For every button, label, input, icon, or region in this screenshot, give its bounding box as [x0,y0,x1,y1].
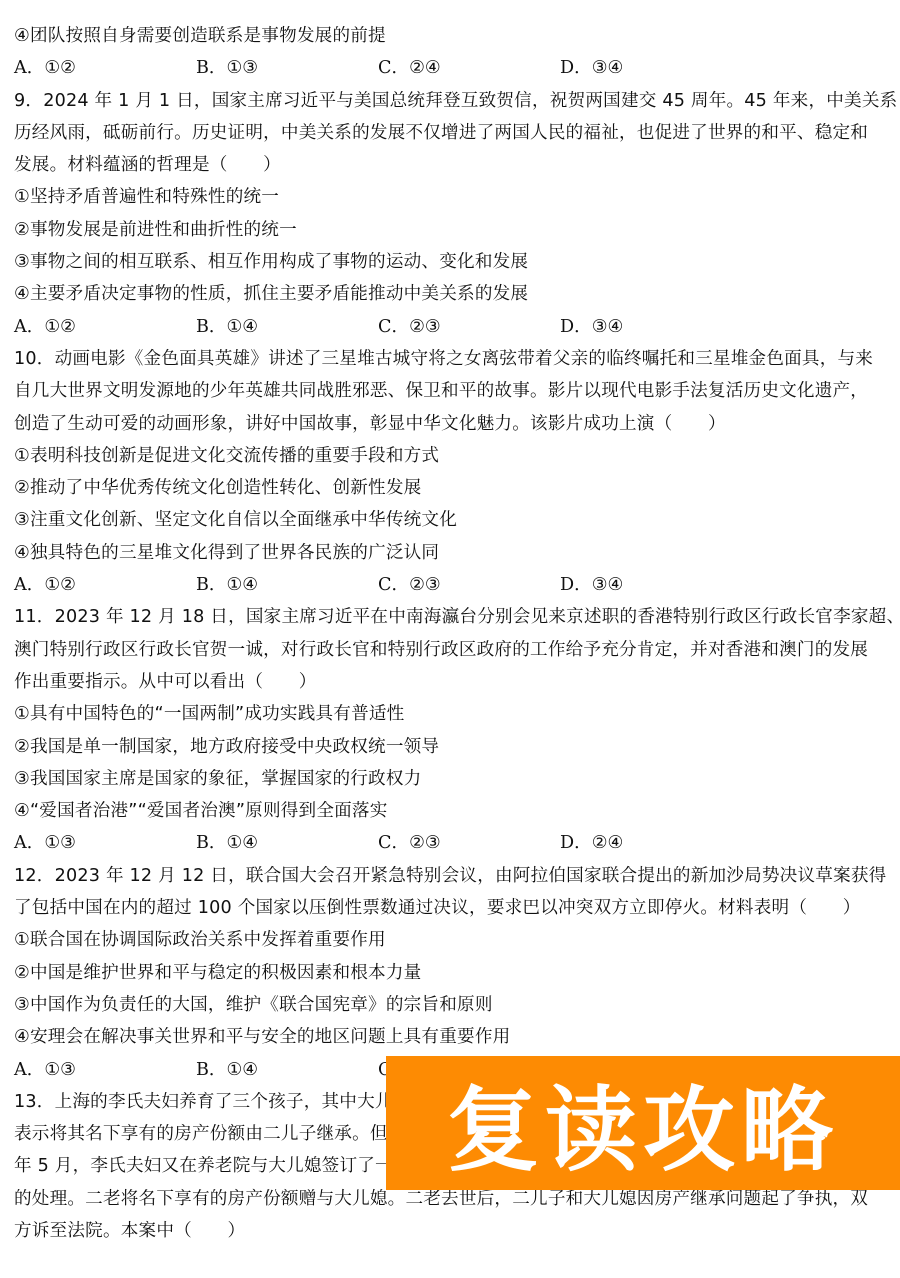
statement: ③我国国家主席是国家的象征，掌握国家的行政权力 [14,763,890,795]
question-stem: 11．2023 年 12 月 18 日，国家主席习近平在中南海瀛台分别会见来京述… [14,601,890,633]
question-stem: 了包括中国在内的超过 100 个国家以压倒性票数通过决议，要求巴以冲突双方立即停… [14,892,890,924]
option-b: B．①④ [196,569,378,601]
option-c: C．②③ [378,311,560,343]
watermark-banner: 复读攻略 [386,1056,900,1190]
option-a: A．①③ [14,1054,196,1086]
question-12: 12．2023 年 12 月 12 日，联合国大会召开紧急特别会议，由阿拉伯国家… [14,860,890,1086]
option-b: B．①④ [196,827,378,859]
statement: ④主要矛盾决定事物的性质，抓住主要矛盾能推动中美关系的发展 [14,278,890,310]
option-d: D．③④ [560,52,742,84]
statement: ②事物发展是前进性和曲折性的统一 [14,214,890,246]
option-d: D．②④ [560,827,742,859]
statement: ①表明科技创新是促进文化交流传播的重要手段和方式 [14,440,890,472]
answer-options: A．①② B．①④ C．②③ D．③④ [14,311,890,343]
question-9: 9．2024 年 1 月 1 日，国家主席习近平与美国总统拜登互致贺信，祝贺两国… [14,85,890,343]
option-d: D．③④ [560,569,742,601]
statement: ②中国是维护世界和平与稳定的积极因素和根本力量 [14,957,890,989]
question-11: 11．2023 年 12 月 18 日，国家主席习近平在中南海瀛台分别会见来京述… [14,601,890,859]
question-stem: 12．2023 年 12 月 12 日，联合国大会召开紧急特别会议，由阿拉伯国家… [14,860,890,892]
statement: ④团队按照自身需要创造联系是事物发展的前提 [14,20,890,52]
option-c: C．②④ [378,52,560,84]
option-b: B．①③ [196,52,378,84]
statement: ③注重文化创新、坚定文化自信以全面继承中华传统文化 [14,504,890,536]
answer-options: A．①③ B．①④ C．②③ D．②④ [14,827,890,859]
question-stem: 作出重要指示。从中可以看出（ ） [14,666,890,698]
option-a: A．①② [14,569,196,601]
question-10: 10．动画电影《金色面具英雄》讲述了三星堆古城守将之女离弦带着父亲的临终嘱托和三… [14,343,890,601]
option-a: A．①③ [14,827,196,859]
option-a: A．①② [14,311,196,343]
statement: ④安理会在解决事关世界和平与安全的地区问题上具有重要作用 [14,1021,890,1053]
statement: ①联合国在协调国际政治关系中发挥着重要作用 [14,924,890,956]
answer-options: A．①② B．①③ C．②④ D．③④ [14,52,890,84]
option-b: B．①④ [196,311,378,343]
statement: ①具有中国特色的“一国两制”成功实践具有普适性 [14,698,890,730]
statement: ①坚持矛盾普遍性和特殊性的统一 [14,181,890,213]
question-stem: 历经风雨，砥砺前行。历史证明，中美关系的发展不仅增进了两国人民的福祉，也促进了世… [14,117,890,149]
question-stem: 创造了生动可爱的动画形象，讲好中国故事，彰显中华文化魅力。该影片成功上演（ ） [14,408,890,440]
statement: ④“爱国者治港”“爱国者治澳”原则得到全面落实 [14,795,890,827]
question-stem: 方诉至法院。本案中（ ） [14,1215,890,1247]
question-stem: 发展。材料蕴涵的哲理是（ ） [14,149,890,181]
question-stem: 9．2024 年 1 月 1 日，国家主席习近平与美国总统拜登互致贺信，祝贺两国… [14,85,890,117]
option-b: B．①④ [196,1054,378,1086]
statement: ④独具特色的三星堆文化得到了世界各民族的广泛认同 [14,537,890,569]
statement: ②我国是单一制国家，地方政府接受中央政权统一领导 [14,731,890,763]
option-a: A．①② [14,52,196,84]
option-d: D．③④ [560,311,742,343]
question-stem: 澳门特别行政区行政长官贺一诚，对行政长官和特别行政区政府的工作给予充分肯定，并对… [14,634,890,666]
statement: ③事物之间的相互联系、相互作用构成了事物的运动、变化和发展 [14,246,890,278]
statement: ③中国作为负责任的大国，维护《联合国宪章》的宗旨和原则 [14,989,890,1021]
statement: ②推动了中华优秀传统文化创造性转化、创新性发展 [14,472,890,504]
answer-options: A．①② B．①④ C．②③ D．③④ [14,569,890,601]
question-stem: 10．动画电影《金色面具英雄》讲述了三星堆古城守将之女离弦带着父亲的临终嘱托和三… [14,343,890,375]
watermark-text: 复读攻略 [447,1057,839,1189]
option-c: C．②③ [378,569,560,601]
option-c: C．②③ [378,827,560,859]
question-stem: 自几大世界文明发源地的少年英雄共同战胜邪恶、保卫和平的故事。影片以现代电影手法复… [14,375,890,407]
